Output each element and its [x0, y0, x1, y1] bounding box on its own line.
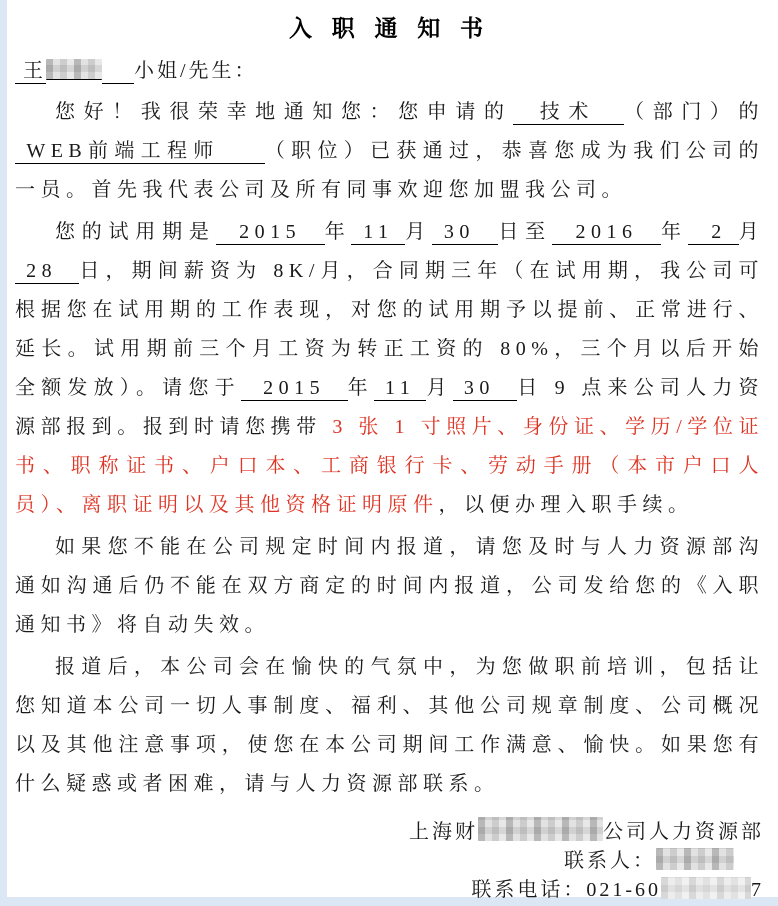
fill-in-blank-value: 11 — [374, 377, 427, 401]
text-segment: 月 — [739, 221, 765, 243]
fill-in-blank-value: 2 — [688, 221, 739, 245]
text-segment: 公司人力资源部 — [603, 821, 764, 843]
text-segment: 如果您不能在公司规定时间内报道，请您及时与人力资源部沟通如沟通后仍不能在双方商定… — [15, 536, 764, 636]
text-segment: 年 — [348, 377, 374, 399]
fill-in-blank-value: 技术 — [513, 101, 625, 125]
fill-in-blank-value: 2015 — [241, 377, 348, 401]
redaction-mosaic — [656, 848, 734, 870]
fill-in-blank-value: WEB前端工程师 — [15, 140, 265, 164]
text-segment: 小姐/先生： — [134, 60, 258, 82]
fill-in-blank-value: 30 — [453, 377, 518, 401]
text-segment: 日至 — [498, 221, 552, 243]
text-segment: 您的试用期是 — [55, 221, 216, 243]
document-page: 入 职 通 知 书 王 小姐/先生： 您好！我很荣幸地通知您：您申请的 技术 （… — [7, 0, 768, 897]
fill-in-blank-value: 11 — [351, 221, 405, 245]
fill-in-blank-value: 28 — [15, 260, 79, 284]
text-segment: 报道后，本公司会在愉快的气氛中，为您做职前培训，包括让您知道本公司一切人事制度、… — [15, 656, 764, 795]
paragraph-training-info: 报道后，本公司会在愉快的气氛中，为您做职前培训，包括让您知道本公司一切人事制度、… — [15, 648, 764, 804]
salutation-line: 王 小姐/先生： — [15, 52, 764, 91]
text-segment: 月 — [405, 221, 432, 243]
text-segment: 联系电话：021-60 — [471, 879, 661, 901]
paragraph-invalid-notice: 如果您不能在公司规定时间内报道，请您及时与人力资源部沟通如沟通后仍不能在双方商定… — [15, 528, 764, 645]
fill-in-blank-value: 2015 — [216, 221, 325, 245]
text-segment: ，以便办理入职手续。 — [439, 494, 694, 516]
fill-in-blank-value — [102, 60, 134, 84]
text-segment: 联系人： — [564, 850, 656, 872]
text-segment: 上海财 — [409, 821, 478, 843]
fill-in-blank-value: 王 — [15, 60, 46, 84]
fill-in-blank-value: 2016 — [552, 221, 661, 245]
redaction-mosaic — [661, 877, 751, 899]
signature-company-line: 上海财公司人力资源部 — [15, 817, 764, 847]
text-segment: 年 — [661, 221, 688, 243]
document-title: 入 职 通 知 书 — [15, 10, 764, 43]
page-edge-left — [0, 0, 7, 906]
text-segment: 年 — [325, 221, 352, 243]
signature-block: 上海财公司人力资源部 联系人： 联系电话：021-607 — [15, 817, 764, 905]
text-segment: 7 — [751, 879, 764, 901]
paragraph-greeting: 您好！我很荣幸地通知您：您申请的 技术 （部门）的 WEB前端工程师 （职位）已… — [15, 93, 764, 210]
paragraph-probation-terms: 您的试用期是 2015 年 11 月 30 日至 2016 年 2 月 28 日… — [15, 213, 764, 525]
redaction-mosaic — [478, 817, 603, 841]
signature-contact-person-line: 联系人： — [15, 847, 764, 876]
fill-in-blank-value: 30 — [432, 221, 498, 245]
text-segment: 您好！我很荣幸地通知您：您申请的 — [55, 101, 513, 123]
signature-phone-line: 联系电话：021-607 — [15, 876, 764, 905]
redaction-mosaic — [46, 59, 102, 80]
text-segment: （部门）的 — [624, 101, 764, 123]
text-segment: 月 — [426, 377, 452, 399]
